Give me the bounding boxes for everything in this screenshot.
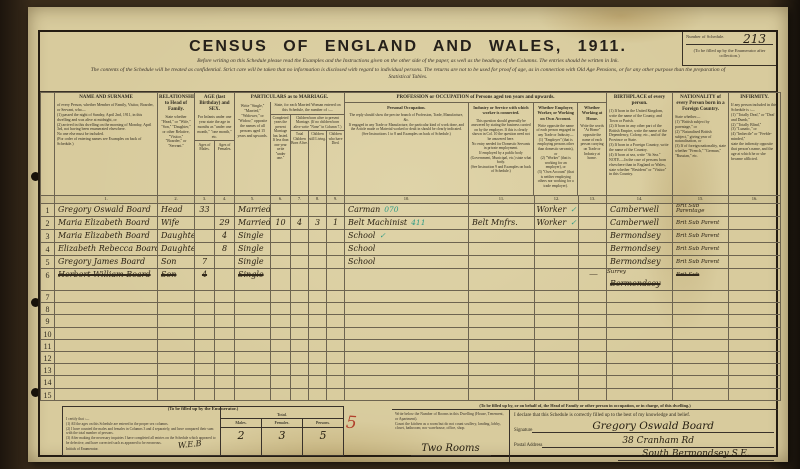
declaration-area: I declare that this Schedule is correctl… <box>510 410 778 462</box>
cell-died <box>327 291 345 303</box>
cell-marriage <box>235 303 271 315</box>
form-frame: CENSUS OF ENGLAND AND WALES, 1911. Befor… <box>38 30 778 457</box>
col-age-header: AGE (last Birthday) and SEX. For Infants… <box>195 93 235 196</box>
handwritten-entry: Brit Sub Parent <box>673 234 719 239</box>
cell-birthplace: Camberwell <box>607 217 673 230</box>
cell-born <box>291 376 309 388</box>
enumerator-green-mark: ✓ <box>375 231 385 240</box>
cell-birthplace <box>607 388 673 400</box>
cell-name: Gregory Oswald Board <box>55 204 158 217</box>
col-home-body: Write the words "At Home" opposite the n… <box>578 123 606 162</box>
cell-nationality <box>673 339 729 351</box>
schedule-number-box: Number of Schedule. 213 (To be filled up… <box>682 32 776 66</box>
cell-infirmity <box>729 327 781 339</box>
cell-num: 4 <box>41 243 55 256</box>
cell-industry: Belt Mnfrs. <box>469 217 535 230</box>
cell-occupation <box>345 327 469 339</box>
cell-worker <box>535 303 579 315</box>
cell-home: — <box>579 269 607 291</box>
column-number: 13. <box>579 196 607 204</box>
col-marriage-years-note: Completed years the present Marriage has… <box>271 115 291 195</box>
cell-marriage: Single <box>235 269 271 291</box>
cell-birthplace: SurreyBermondsey <box>607 269 673 291</box>
cell-birthplace <box>607 327 673 339</box>
cell-years <box>271 327 291 339</box>
handwritten-entry: Daughter <box>158 230 195 242</box>
header-row: NAME AND SURNAME of every Person, whethe… <box>41 93 781 196</box>
cell-died <box>327 364 345 376</box>
cell-num: 14 <box>41 376 55 388</box>
cell-birthplace <box>607 364 673 376</box>
cell-birthplace <box>607 291 673 303</box>
cell-worker <box>535 256 579 269</box>
declaration-text: I declare that this Schedule is correctl… <box>514 413 690 418</box>
handwritten-entry: Daughter <box>158 243 195 255</box>
cell-relation <box>158 339 195 351</box>
totals-persons-value: 5 <box>303 428 343 455</box>
handwritten-entry: 4 <box>297 217 302 229</box>
col-employer-body: Write opposite the name of each person e… <box>534 123 577 190</box>
cell-occupation <box>345 315 469 327</box>
col-age-females-label: Ages of Females. <box>215 141 234 195</box>
cell-age_m <box>195 351 215 363</box>
cell-age_f <box>215 256 235 269</box>
cell-died <box>327 376 345 388</box>
cell-relation: Son <box>158 269 195 291</box>
column-number: 15. <box>673 196 729 204</box>
handwritten-entry: Bermondsey <box>607 243 660 255</box>
cell-years <box>271 351 291 363</box>
cell-age_f <box>215 303 235 315</box>
handwritten-entry: Brit Sub Parent <box>673 221 719 226</box>
cell-nationality <box>673 291 729 303</box>
cell-born <box>291 230 309 243</box>
cell-worker <box>535 243 579 256</box>
cell-living <box>309 388 327 400</box>
cell-living <box>309 269 327 291</box>
cell-infirmity <box>729 256 781 269</box>
col-marriage-children-note: Children born alive to present Marriage.… <box>291 115 344 130</box>
cell-infirmity <box>729 315 781 327</box>
cell-born <box>291 269 309 291</box>
handwritten-entry: Camberwell <box>607 204 659 216</box>
cell-born <box>291 204 309 217</box>
col-marriage-woman-note: State, for each Married Woman entered on… <box>271 102 344 115</box>
table-row: 15 <box>41 388 781 400</box>
cell-living <box>309 291 327 303</box>
cell-age_f <box>215 315 235 327</box>
red-check-annotation: 5 <box>345 412 357 433</box>
cell-marriage <box>235 364 271 376</box>
postal-address-line1: 38 Cranham Rd <box>542 436 774 448</box>
table-row: 7 <box>41 291 781 303</box>
cell-born: 4 <box>291 217 309 230</box>
column-number: 9. <box>327 196 345 204</box>
enumerator-box: (To be filled up by the Enumerator.) I c… <box>62 406 344 456</box>
totals-females-value: 3 <box>262 428 303 455</box>
col-home-subtitle: Whether Working at Home. <box>578 103 606 123</box>
cell-relation <box>158 351 195 363</box>
handwritten-entry: Maria Elizabeth Board <box>55 217 150 229</box>
cell-industry <box>469 327 535 339</box>
cell-years <box>271 243 291 256</box>
totals-males-label: Males. <box>221 419 262 427</box>
cell-occupation <box>345 269 469 291</box>
handwritten-entry: Belt Mnfrs. <box>469 217 518 229</box>
cell-industry <box>469 204 535 217</box>
cell-age_m <box>195 339 215 351</box>
cell-age_m: 33 <box>195 204 215 217</box>
cell-age_f: 8 <box>215 243 235 256</box>
cell-nationality <box>673 315 729 327</box>
col-infirmity-body: If any person included in this Schedule … <box>729 102 780 163</box>
cell-name <box>55 388 158 400</box>
col-employer-subtitle: Whether Employer, Worker, or Working on … <box>534 103 577 123</box>
cell-relation: Wife <box>158 217 195 230</box>
rooms-value: Two Rooms <box>411 442 491 456</box>
cell-age_m <box>195 303 215 315</box>
schedule-number-note: (To be filled up by the Enumerator after… <box>686 48 773 58</box>
instruction-line-2: The contents of the Schedule will be tre… <box>40 65 776 81</box>
cell-relation <box>158 327 195 339</box>
col-name-body: of every Person, whether Member of Famil… <box>55 102 157 148</box>
handwritten-entry: Maria Elizabeth Board <box>55 230 150 242</box>
cell-age_f: 29 <box>215 217 235 230</box>
column-number: 11. <box>469 196 535 204</box>
handwritten-entry: 8 <box>222 243 227 255</box>
handwritten-entry: School <box>345 230 375 242</box>
cell-marriage <box>235 339 271 351</box>
cell-num: 11 <box>41 339 55 351</box>
col-marriage-title: PARTICULARS as to MARRIAGE. <box>235 93 344 102</box>
cell-industry <box>469 243 535 256</box>
col-nationality-header: NATIONALITY of every Person born in a Fo… <box>673 93 729 196</box>
cell-infirmity <box>729 339 781 351</box>
handwritten-entry: Camberwell <box>607 217 659 229</box>
cell-infirmity <box>729 217 781 230</box>
handwritten-entry: 4 <box>202 269 207 281</box>
cell-nationality: Brit Sub Parent <box>673 217 729 230</box>
column-number: 12. <box>535 196 579 204</box>
cell-nationality: Brit Sub Parentage <box>673 204 729 217</box>
cell-died <box>327 351 345 363</box>
cell-age_m <box>195 364 215 376</box>
col-children-living-label: Children still Living. <box>309 131 327 195</box>
cell-relation <box>158 291 195 303</box>
handwritten-entry: School <box>345 256 375 268</box>
handwritten-entry: Brit Sub Parent <box>673 247 719 252</box>
cell-birthplace <box>607 315 673 327</box>
cell-marriage <box>235 315 271 327</box>
cell-age_f <box>215 269 235 291</box>
col-marriage-single-note: Write "Single," "Married," "Widower," or… <box>235 102 271 195</box>
cell-num: 6 <box>41 269 55 291</box>
signature-label: Signature <box>514 428 532 433</box>
cell-worker <box>535 315 579 327</box>
cell-died: 1 <box>327 217 345 230</box>
enumerator-green-mark: ✓ <box>566 205 576 214</box>
handwritten-entry: 4 <box>222 230 227 242</box>
handwritten-entry: 1 <box>333 217 338 229</box>
col-children-born-label: Total Children Born Alive. <box>291 131 309 195</box>
cell-name <box>55 364 158 376</box>
cell-age_m: 4 <box>195 269 215 291</box>
cell-num: 3 <box>41 230 55 243</box>
column-number: 5. <box>235 196 271 204</box>
cell-relation: Son <box>158 256 195 269</box>
cell-worker <box>535 269 579 291</box>
cell-worker <box>535 339 579 351</box>
cell-num: 13 <box>41 364 55 376</box>
enumerator-certificate: I certify that :— (1) All the ages on th… <box>63 407 221 455</box>
cell-worker <box>535 376 579 388</box>
cell-name: Maria Elizabeth Board <box>55 230 158 243</box>
cell-relation <box>158 376 195 388</box>
cell-infirmity <box>729 204 781 217</box>
cell-age_m <box>195 376 215 388</box>
column-number: 4. <box>215 196 235 204</box>
cell-nationality <box>673 303 729 315</box>
householder-section: (To be filled up by, or on behalf of, th… <box>392 401 778 463</box>
handwritten-entry: Gregory James Board <box>55 256 145 268</box>
cell-num: 1 <box>41 204 55 217</box>
cell-industry <box>469 364 535 376</box>
table-row: 3Maria Elizabeth BoardDaughter4SingleSch… <box>41 230 781 243</box>
col-children-died-label: Children who have Died. <box>327 131 344 195</box>
cell-years <box>271 269 291 291</box>
cell-living <box>309 327 327 339</box>
col-name-title: NAME AND SURNAME <box>55 93 157 102</box>
cell-nationality: Brit Sub <box>673 269 729 291</box>
col-industry-body: This question should generally be answer… <box>469 118 534 176</box>
cell-worker: Worker✓ <box>535 217 579 230</box>
census-schedule-scan: CENSUS OF ENGLAND AND WALES, 1911. Befor… <box>28 7 788 462</box>
cell-worker <box>535 327 579 339</box>
strike-mark: — <box>588 269 598 278</box>
col-birthplace-header: BIRTHPLACE of every person. (1) If born … <box>607 93 673 196</box>
cell-age_f <box>215 388 235 400</box>
cell-years <box>271 230 291 243</box>
handwritten-entry: Wife <box>158 217 179 229</box>
cell-infirmity <box>729 243 781 256</box>
cell-born <box>291 364 309 376</box>
cell-marriage <box>235 351 271 363</box>
cell-birthplace: Bermondsey <box>607 256 673 269</box>
cell-industry <box>469 351 535 363</box>
handwritten-entry: Worker <box>537 204 567 216</box>
cell-age_m <box>195 217 215 230</box>
cell-died <box>327 327 345 339</box>
cell-died <box>327 243 345 256</box>
cell-years <box>271 303 291 315</box>
cell-years <box>271 388 291 400</box>
signature-value: Gregory Oswald Board <box>532 421 774 433</box>
cell-infirmity <box>729 364 781 376</box>
column-numbers-row: 1.2.3.4.5.6.7.8.9.10.11.12.13.14.15.16. <box>41 196 781 204</box>
cell-died <box>327 269 345 291</box>
col-nationality-body: State whether— (1) "British subject by p… <box>673 114 728 160</box>
cell-nationality <box>673 376 729 388</box>
cell-born <box>291 303 309 315</box>
cell-nationality: Brit Sub Parent <box>673 256 729 269</box>
cell-living <box>309 376 327 388</box>
handwritten-entry: Belt Machinist <box>345 217 407 229</box>
totals-table: Total. Males. Females. Persons. 2 3 5 <box>221 407 343 455</box>
col-nationality-title: NATIONALITY of every Person born in a Fo… <box>673 93 728 114</box>
cell-num: 9 <box>41 315 55 327</box>
column-number: 3. <box>195 196 215 204</box>
cell-worker <box>535 364 579 376</box>
cell-birthplace: Bermondsey <box>607 243 673 256</box>
column-number: 14. <box>607 196 673 204</box>
cell-born <box>291 291 309 303</box>
cell-occupation <box>345 339 469 351</box>
cell-died <box>327 256 345 269</box>
cell-infirmity <box>729 269 781 291</box>
cell-age_f <box>215 291 235 303</box>
cell-industry <box>469 291 535 303</box>
col-occupation-subtitle: Personal Occupation. <box>345 103 468 112</box>
handwritten-entry: Son <box>158 256 176 268</box>
cell-industry <box>469 230 535 243</box>
cell-died <box>327 388 345 400</box>
cell-birthplace <box>607 339 673 351</box>
cell-relation: Head <box>158 204 195 217</box>
cell-age_f <box>215 339 235 351</box>
cell-home <box>579 364 607 376</box>
cell-worker: Worker✓ <box>535 204 579 217</box>
handwritten-entry: Bermondsey <box>607 278 660 290</box>
cell-occupation: Carman070 <box>345 204 469 217</box>
cell-num: 12 <box>41 351 55 363</box>
instruction-line-1: Before writing on this Schedule please r… <box>40 56 776 65</box>
cell-num: 2 <box>41 217 55 230</box>
col-industry-subtitle: Industry or Service with which worker is… <box>469 103 534 118</box>
handwritten-entry: Brit Sub <box>673 273 699 278</box>
cell-infirmity <box>729 230 781 243</box>
table-row: 13 <box>41 364 781 376</box>
col-age-males-label: Ages of Males. <box>195 141 215 195</box>
cell-born <box>291 339 309 351</box>
cell-living <box>309 351 327 363</box>
cell-name: Gregory James Board <box>55 256 158 269</box>
cell-home <box>579 376 607 388</box>
census-table: NAME AND SURNAME of every Person, whethe… <box>40 92 781 401</box>
column-number <box>41 196 55 204</box>
cell-age_f <box>215 327 235 339</box>
totals-males-value: 2 <box>221 428 262 455</box>
schedule-number-value: 213 <box>743 32 766 46</box>
cell-home <box>579 339 607 351</box>
cell-marriage <box>235 376 271 388</box>
cell-occupation <box>345 388 469 400</box>
cell-living <box>309 364 327 376</box>
rooms-note: Write below the Number of Rooms in this … <box>395 412 504 431</box>
table-row: 11 <box>41 339 781 351</box>
handwritten-entry: 7 <box>202 256 207 268</box>
col-profession-title: PROFESSION or OCCUPATION of Persons aged… <box>345 93 606 103</box>
table-row: 6Herbert William BoardSon4Single—SurreyB… <box>41 269 781 291</box>
col-age-title: AGE (last Birthday) and SEX. <box>195 93 234 114</box>
cell-born <box>291 256 309 269</box>
col-birthplace-body: (1) If born in the United Kingdom, write… <box>607 108 672 178</box>
cell-industry <box>469 256 535 269</box>
cell-home <box>579 243 607 256</box>
cell-home <box>579 230 607 243</box>
cell-name <box>55 376 158 388</box>
form-header: CENSUS OF ENGLAND AND WALES, 1911. Befor… <box>40 32 776 92</box>
cell-relation: Daughter <box>158 230 195 243</box>
cell-home <box>579 327 607 339</box>
cell-home <box>579 315 607 327</box>
cell-infirmity <box>729 376 781 388</box>
handwritten-entry: Single <box>235 269 264 281</box>
cell-industry <box>469 269 535 291</box>
cell-name: Maria Elizabeth Board <box>55 217 158 230</box>
cell-industry <box>469 339 535 351</box>
cell-home <box>579 256 607 269</box>
col-infirmity-header: INFIRMITY. If any person included in thi… <box>729 93 781 196</box>
column-number: 16. <box>729 196 781 204</box>
cell-occupation <box>345 303 469 315</box>
cell-died <box>327 315 345 327</box>
cell-born <box>291 388 309 400</box>
cell-years <box>271 364 291 376</box>
cell-living <box>309 303 327 315</box>
column-number: 1. <box>55 196 158 204</box>
cell-occupation <box>345 291 469 303</box>
handwritten-entry: Single <box>235 256 264 268</box>
cell-occupation: School <box>345 243 469 256</box>
handwritten-entry: Bermondsey <box>607 230 660 242</box>
cell-worker <box>535 388 579 400</box>
cell-occupation: School <box>345 256 469 269</box>
postal-address-line2: South Bermondsey S.E. <box>618 449 774 461</box>
handwritten-entry: 10 <box>275 217 285 229</box>
cell-nationality <box>673 327 729 339</box>
cell-num: 7 <box>41 291 55 303</box>
cell-relation <box>158 388 195 400</box>
column-number: 2. <box>158 196 195 204</box>
totals-females-label: Females. <box>262 419 303 427</box>
cell-home <box>579 351 607 363</box>
cell-died <box>327 204 345 217</box>
cell-age_m <box>195 230 215 243</box>
cell-years: 10 <box>271 217 291 230</box>
cell-years <box>271 376 291 388</box>
cell-marriage: Single <box>235 256 271 269</box>
enumerator-green-mark: ✓ <box>566 218 576 227</box>
cell-living <box>309 339 327 351</box>
cell-name <box>55 315 158 327</box>
handwritten-entry: 3 <box>315 217 320 229</box>
totals-persons-label: Persons. <box>303 419 343 427</box>
cell-occupation <box>345 364 469 376</box>
cell-home <box>579 217 607 230</box>
cell-marriage <box>235 388 271 400</box>
cell-nationality <box>673 388 729 400</box>
cell-born <box>291 243 309 256</box>
cell-industry <box>469 315 535 327</box>
column-number: 6. <box>271 196 291 204</box>
table-row: 10 <box>41 327 781 339</box>
cell-birthplace: Bermondsey <box>607 230 673 243</box>
cell-age_f <box>215 364 235 376</box>
cell-relation: Daughter <box>158 243 195 256</box>
handwritten-entry: Son <box>158 269 176 281</box>
handwritten-entry: Elizabeth Rebecca Board <box>55 243 158 255</box>
cell-num: 10 <box>41 327 55 339</box>
